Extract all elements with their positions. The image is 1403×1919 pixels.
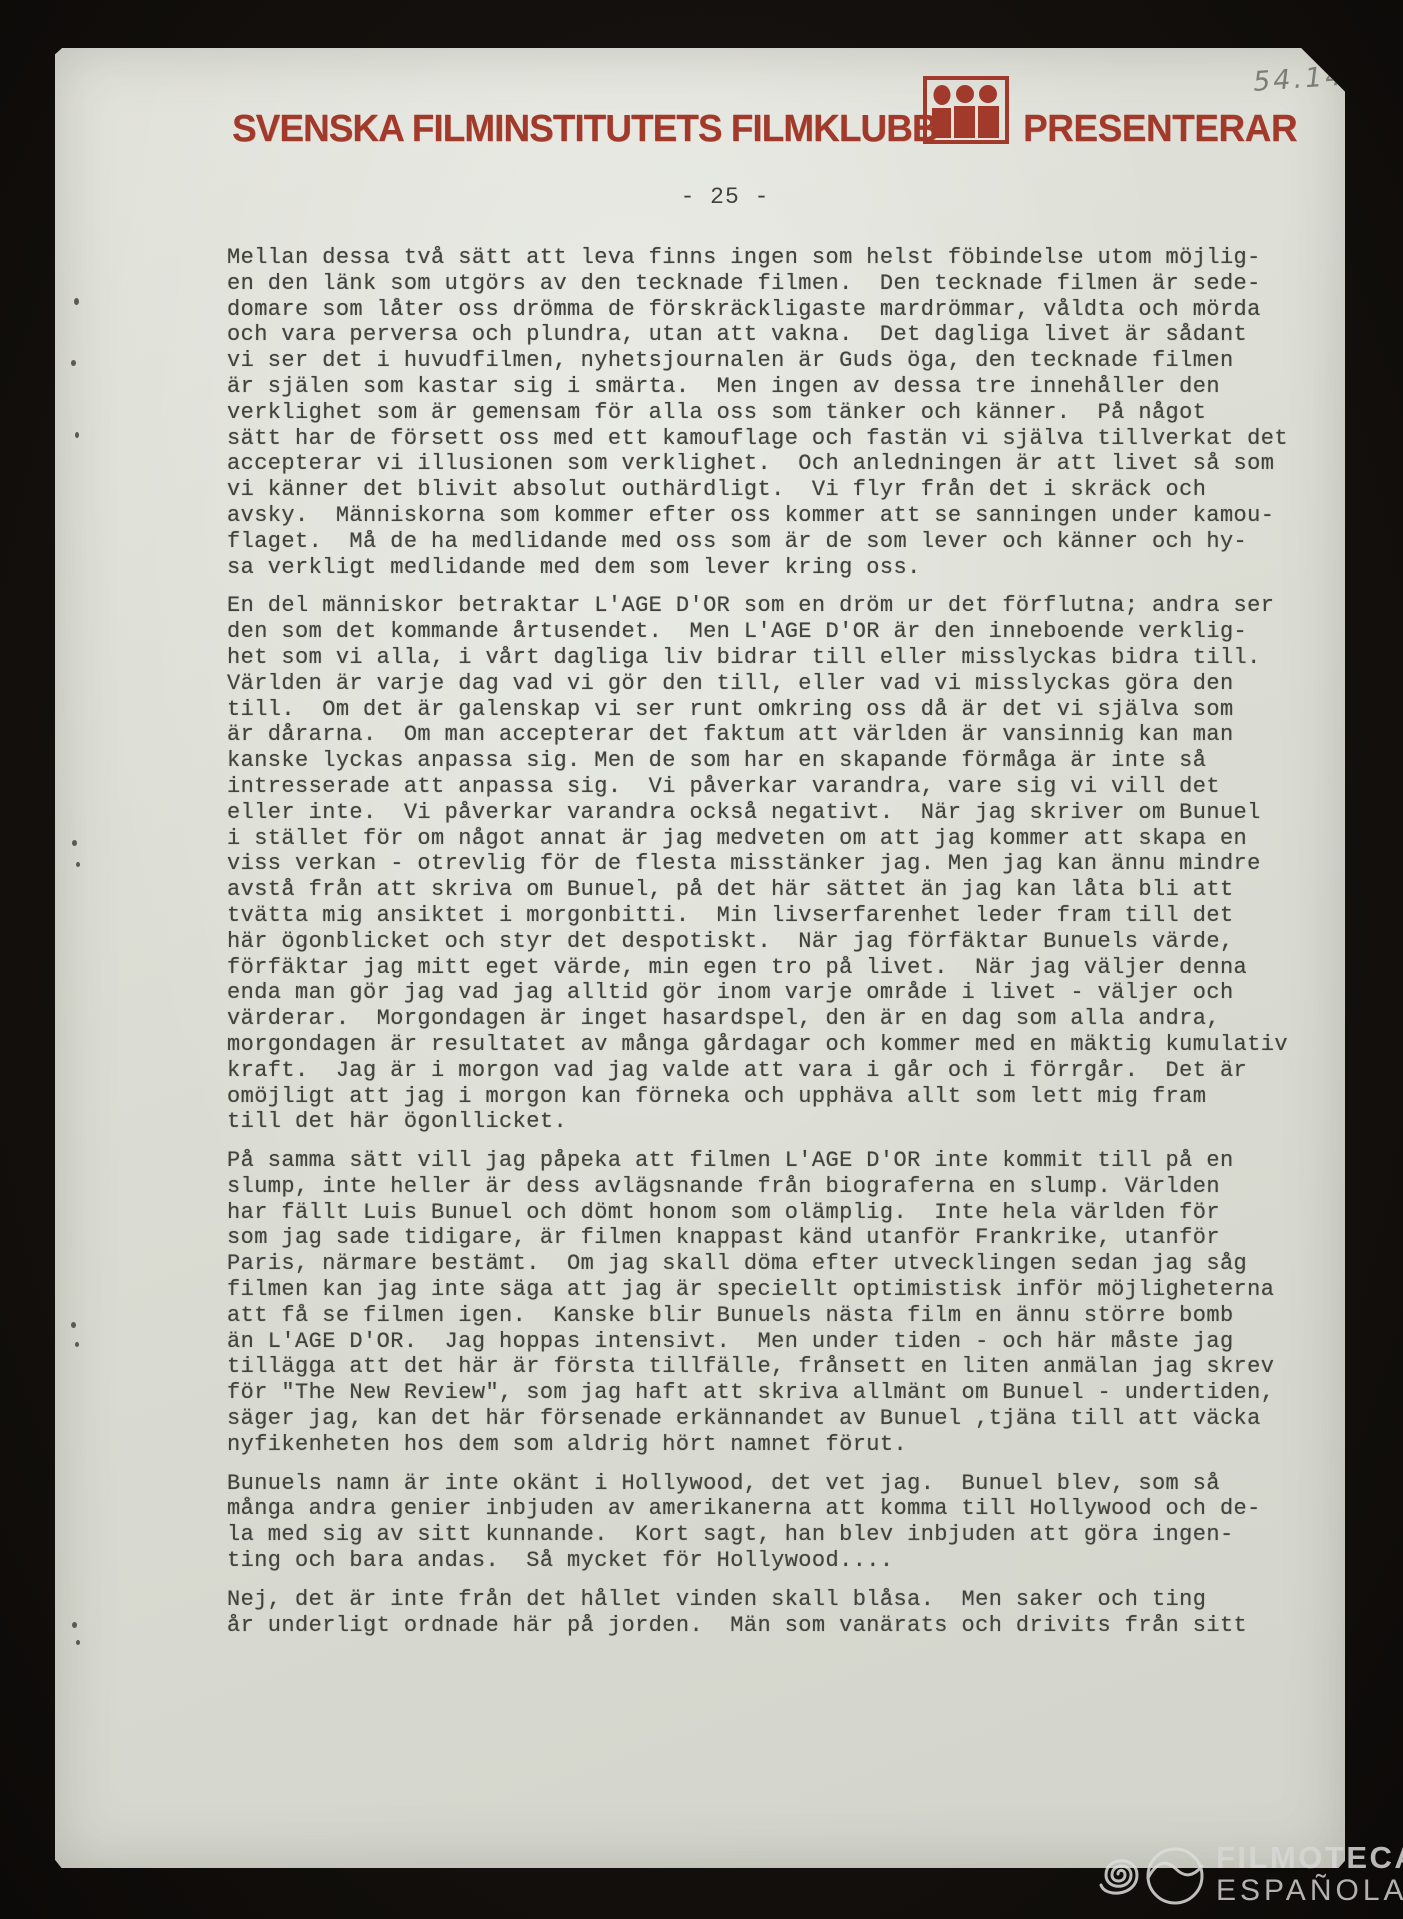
scan-background: 54.14 SVENSKA FILMINSTITUTETS FILMKLUBB …	[0, 0, 1403, 1919]
scan-speck	[74, 298, 79, 305]
watermark-line2: ESPAÑOLA	[1216, 1875, 1403, 1906]
masthead-presenterar: PRESENTERAR	[1023, 108, 1297, 151]
paragraph-3: På samma sätt vill jag påpeka att filmen…	[227, 1148, 1327, 1458]
spiral-icon	[1101, 1861, 1137, 1893]
sfi-three-figures-logo-icon	[923, 76, 1009, 144]
scan-speck	[76, 862, 80, 867]
scan-speck	[72, 1622, 77, 1628]
scan-speck	[72, 840, 77, 846]
filmoteca-watermark: FILMOTECA ESPAÑOLA	[1082, 1834, 1403, 1914]
paragraph-4: Bunuels namn är inte okänt i Hollywood, …	[227, 1471, 1327, 1574]
paragraph-5: Nej, det är inte från det hållet vinden …	[227, 1587, 1327, 1639]
scan-speck	[75, 1342, 79, 1347]
watermark-line1: FILMOTECA	[1216, 1842, 1403, 1874]
paragraph-2: En del människor betraktar L'AGE D'OR so…	[227, 593, 1327, 1135]
scan-speck	[75, 432, 79, 438]
document-page: 54.14 SVENSKA FILMINSTITUTETS FILMKLUBB …	[55, 48, 1345, 1868]
typewritten-text: Mellan dessa två sätt att leva finns ing…	[227, 245, 1327, 1651]
scan-speck	[71, 1322, 76, 1328]
paragraph-1: Mellan dessa två sätt att leva finns ing…	[227, 245, 1327, 580]
film-reel-icon	[1148, 1849, 1202, 1903]
scan-speck	[76, 1640, 80, 1645]
watermark-icons	[1082, 1834, 1212, 1914]
page-number: - 25 -	[640, 184, 810, 210]
handwritten-archive-number: 54.14	[1252, 57, 1394, 98]
scan-speck	[71, 360, 76, 366]
masthead-title: SVENSKA FILMINSTITUTETS FILMKLUBB	[232, 108, 938, 151]
watermark-text: FILMOTECA ESPAÑOLA	[1216, 1842, 1403, 1905]
